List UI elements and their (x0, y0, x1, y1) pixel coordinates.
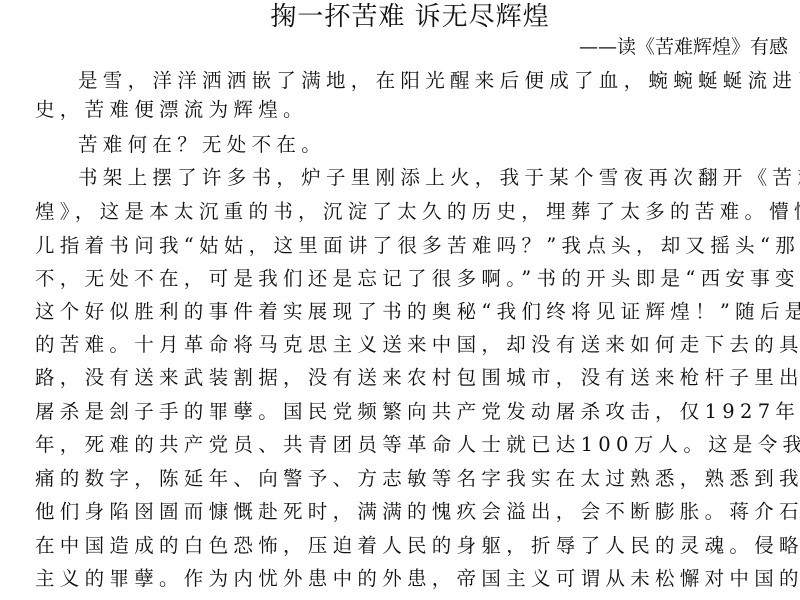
paragraph-line: 书架上摆了许多书，炉子里刚添上火，我于某个雪夜再次翻开《苦难辉 (78, 165, 800, 191)
paragraph-line: 史，苦难便漂流为辉煌。 (35, 97, 308, 123)
paragraph-line: 痛的数字，陈延年、向警予、方志敏等名字我实在太过熟悉，熟悉到我想象着 (35, 466, 800, 492)
document-subtitle: ——读《苦难辉煌》有感 (579, 34, 788, 60)
paragraph-line: 这个好似胜利的事件着实展现了书的奥秘“我们终将见证辉煌！”随后是无尽 (35, 299, 800, 325)
paragraph-line: 屠杀是刽子手的罪孽。国民党频繁向共产党发动屠杀攻击，仅1927年至1932 (35, 399, 800, 425)
paragraph-line: 是雪，洋洋洒洒嵌了满地，在阳光醒来后便成了血，蜿蜿蜒蜒流进了历 (78, 68, 800, 94)
paragraph-line: 在中国造成的白色恐怖，压迫着人民的身躯，折辱了人民的灵魂。侵略是帝国 (35, 533, 800, 559)
paragraph-line: 路，没有送来武装割据，没有送来农村包围城市，没有送来枪杆子里出政权。 (35, 365, 800, 391)
paragraph-line: 年，死难的共产党员、共青团员等革命人士就已达100万人。这是令我手抖心 (35, 432, 800, 458)
paragraph-line: 他们身陷囹圄而慷慨赴死时，满满的愧疚会溢出，会不断膨胀。蒋介石用屠刀 (35, 499, 800, 525)
paragraph-line: 的苦难。十月革命将马克思主义送来中国，却没有送来如何走下去的具体道 (35, 332, 800, 358)
paragraph-line: 苦难何在？无处不在。 (78, 132, 326, 158)
paragraph-line: 主义的罪孽。作为内忧外患中的外患，帝国主义可谓从未松懈对中国的掠夺。 (35, 566, 800, 592)
paragraph-line: 煌》，这是本太沉重的书，沉淀了太久的历史，埋葬了太多的苦难。懵懂的侄 (35, 199, 800, 225)
document-title: 掬一抔苦难 诉无尽辉煌 (0, 2, 800, 32)
paragraph-line: 儿指着书问我“姑姑，这里面讲了很多苦难吗？”我点头，却又摇头“那可 (35, 233, 800, 259)
paragraph-line: 不，无处不在，可是我们还是忘记了很多啊。”书的开头即是“西安事变”， (35, 266, 800, 292)
